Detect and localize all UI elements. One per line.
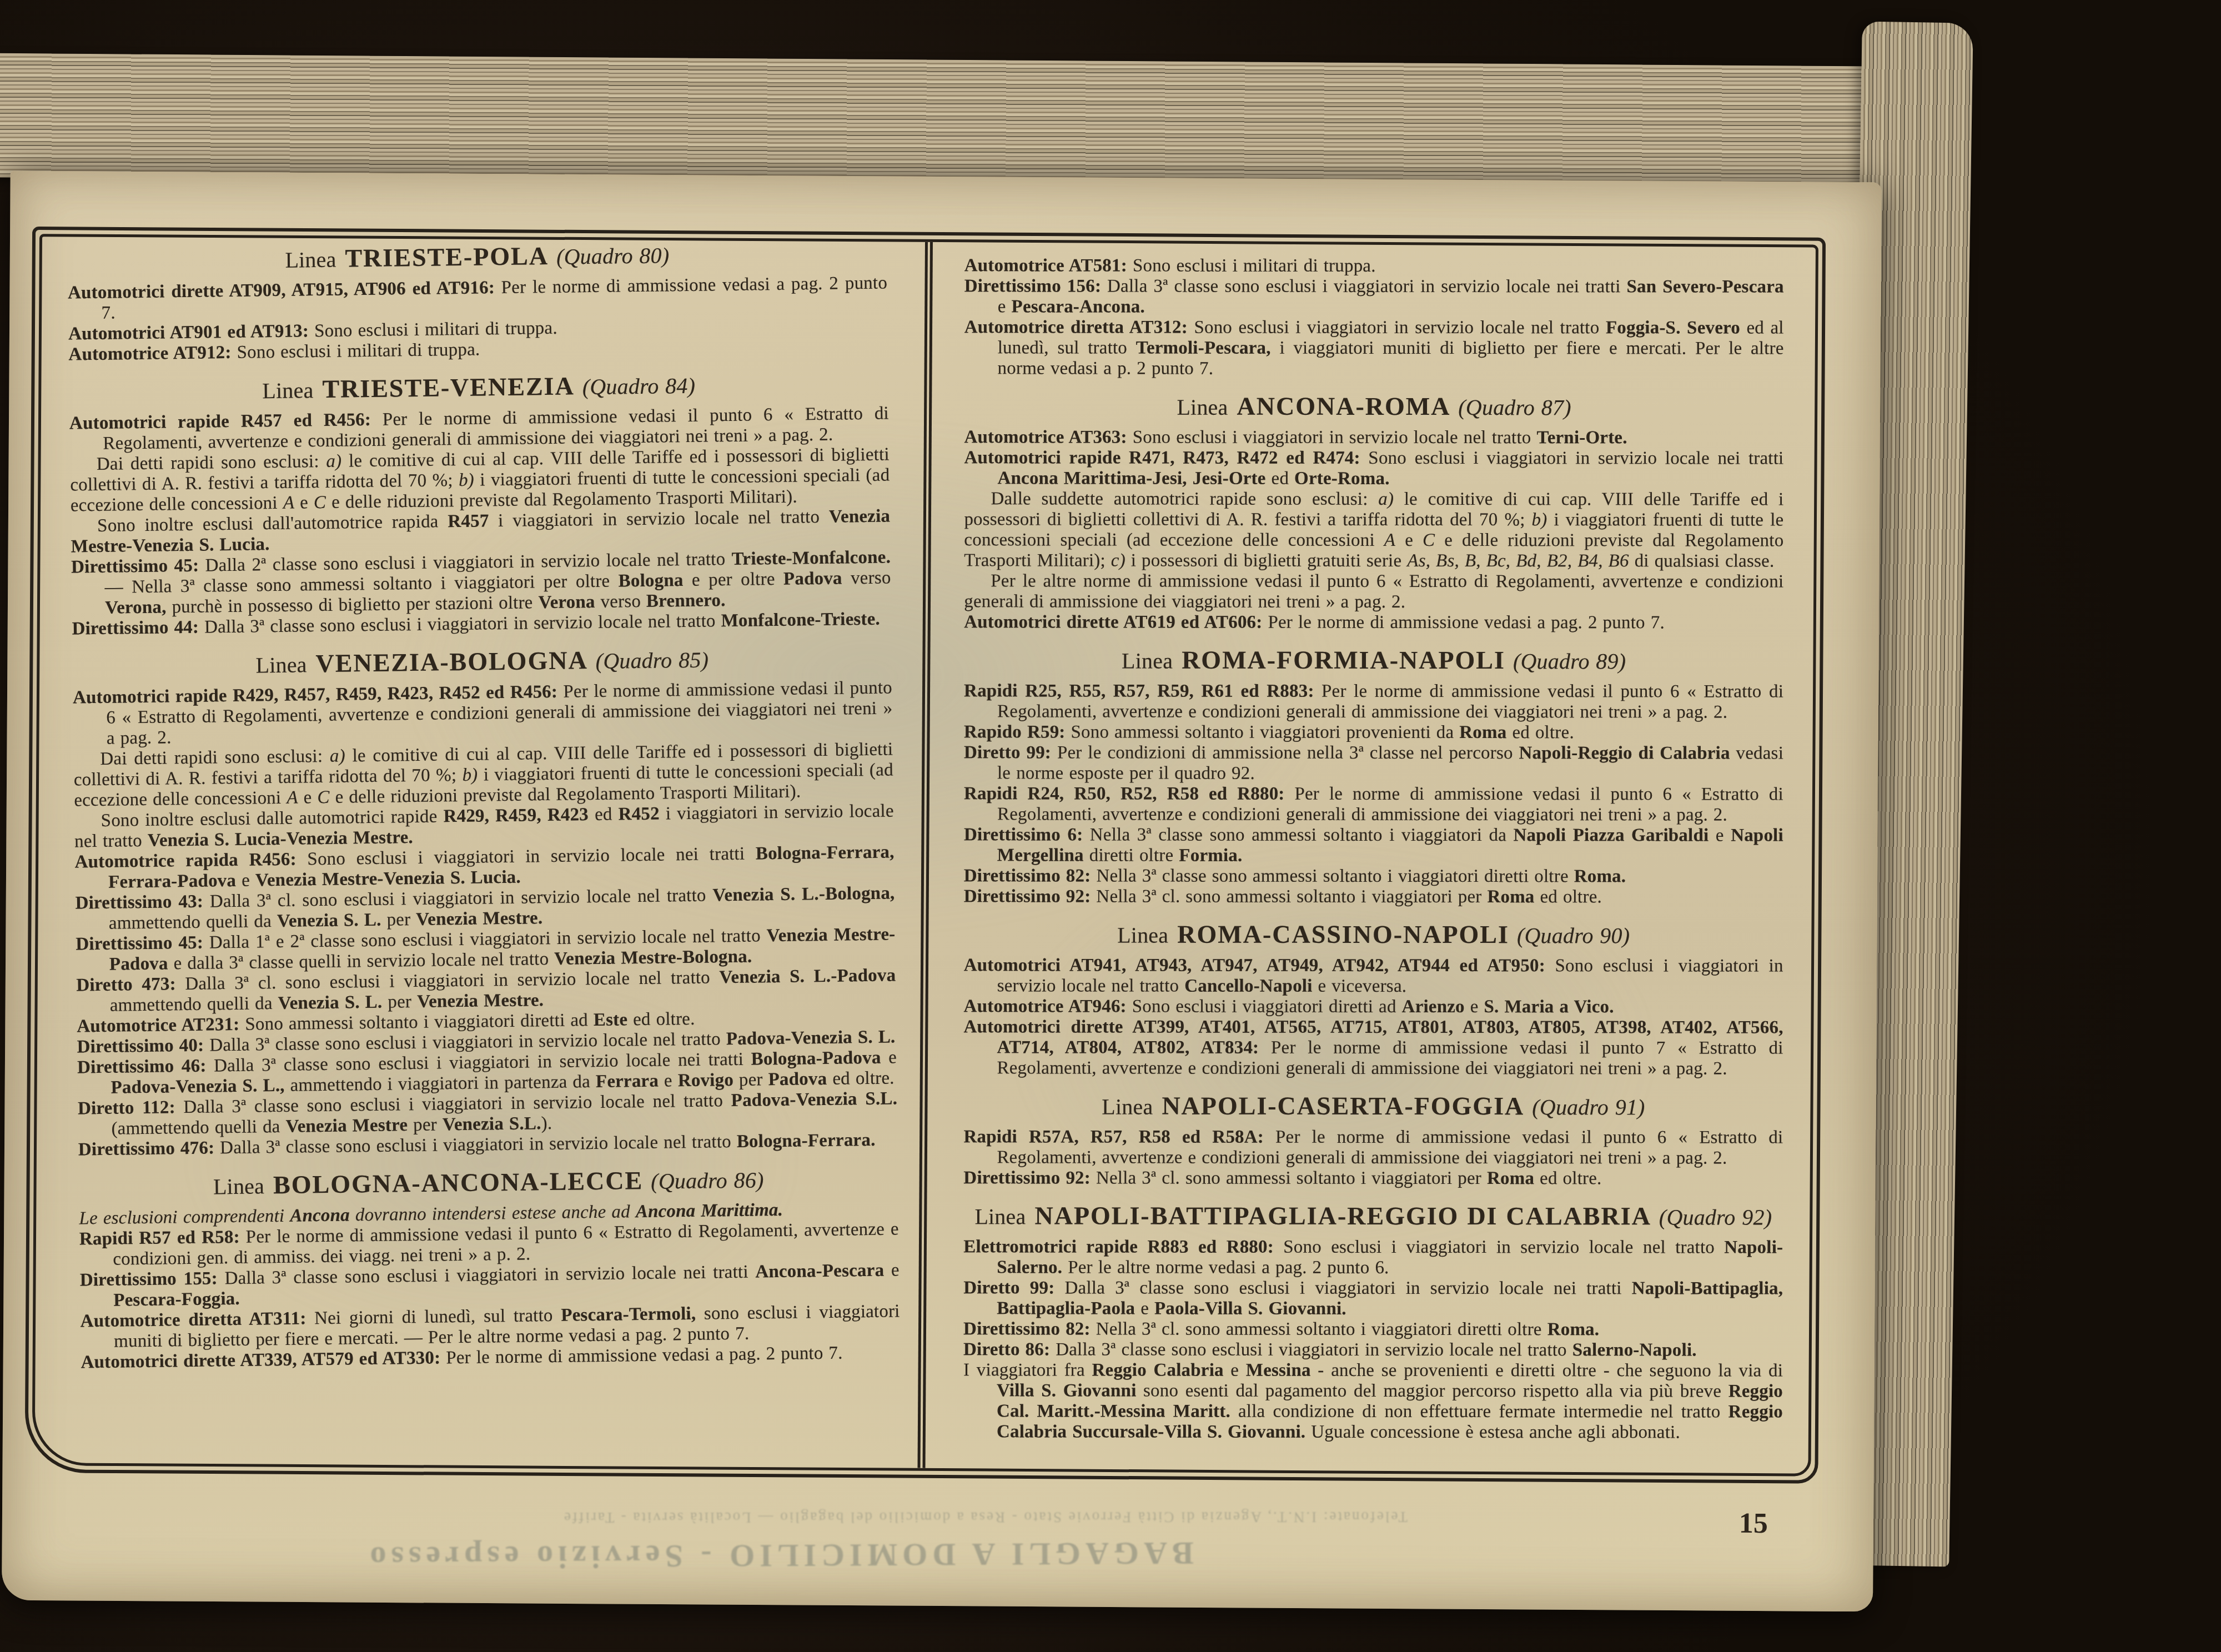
entry-paragraph: Automotrici rapide R471, R473, R472 ed R…	[964, 448, 1783, 489]
text-run: Nella 3ª classe sono ammessi soltanto i …	[1096, 866, 1574, 886]
text-run: Automotrice diretta AT311:	[81, 1308, 315, 1331]
text-run: ammettendo quelli da	[110, 993, 278, 1016]
text-run: Rovigo	[678, 1070, 734, 1091]
text-run: i viaggiatori in servizio locale nel tra…	[489, 507, 829, 531]
entry-paragraph: Automotrici AT941, AT943, AT947, AT949, …	[964, 955, 1783, 997]
text-run: Direttissimo 46:	[77, 1056, 214, 1077]
text-run: Cancello-Napoli	[1184, 976, 1312, 996]
text-run: Automotrice AT912:	[68, 343, 237, 365]
text-run: Sono esclusi i viaggiatori diretti ad	[1132, 997, 1402, 1017]
right-column: Automotrice AT581: Sono esclusi i milita…	[926, 242, 1816, 1474]
entry-paragraph: Direttissimo 6: Nella 3ª classe sono amm…	[964, 825, 1783, 866]
text-run: Per le norme di ammissione vedasi a pag.…	[1268, 612, 1664, 633]
text-run: Orte-Roma.	[1294, 469, 1390, 489]
text-run: sono esenti dal pagamento del maggior pe…	[1136, 1381, 1728, 1402]
text-run: S. Maria a Vico.	[1484, 997, 1614, 1017]
text-run: Este	[594, 1010, 628, 1030]
entry-paragraph: I viaggiatori fra Reggio Calabria e Mess…	[963, 1360, 1783, 1443]
text-run: Padova-Venezia S.L.	[731, 1088, 897, 1111]
text-run: A	[287, 788, 298, 808]
left-column-content: LineaTRIESTE-POLA(Quadro 80)Automotrici …	[67, 242, 901, 1373]
text-run: Sono esclusi i militari di truppa.	[237, 339, 480, 362]
text-run: Sono esclusi i viaggiatori in servizio l…	[1283, 1237, 1724, 1258]
text-run: Dalla 3ª classe sono esclusi i viaggiato…	[1065, 1278, 1632, 1298]
text-run: Padova	[783, 569, 842, 589]
text-run: Rapido R59:	[964, 722, 1071, 742]
text-run: ed oltre.	[827, 1068, 895, 1088]
frame-inner-border: LineaTRIESTE-POLA(Quadro 80)Automotrici …	[32, 234, 1818, 1477]
text-run: (ammettendo quelli da	[111, 1117, 285, 1139]
text-run: ).	[541, 1113, 552, 1133]
text-run: c)	[1111, 551, 1125, 571]
book-page: LineaTRIESTE-POLA(Quadro 80)Automotrici …	[2, 171, 1882, 1612]
line-heading: LineaTRIESTE-VENEZIA(Quadro 84)	[69, 372, 888, 406]
text-run: Roma	[1459, 722, 1506, 742]
text-run: Bologna-Ferrara.	[737, 1130, 876, 1152]
text-run: a)	[330, 746, 345, 766]
text-run: Nei giorni di lunedì, sul tratto	[314, 1305, 561, 1328]
heading-part: (Quadro 85)	[595, 647, 708, 674]
entry-paragraph: Diretto 86: Dalla 3ª classe sono esclusi…	[963, 1339, 1783, 1360]
text-run: Ancona-Pescara	[755, 1261, 884, 1282]
text-run: Per le altre norme vedasi a pag. 2 punto…	[1062, 1257, 1389, 1278]
heading-part: BOLOGNA-ANCONA-LECCE	[273, 1166, 644, 1199]
text-run: Nella 3ª cl. sono ammessi soltanto i via…	[1096, 886, 1487, 907]
heading-part: Linea	[255, 652, 307, 677]
text-run: Direttissimo 156:	[964, 276, 1107, 296]
indented-paragraph: Dai detti rapidi sono esclusi: a) le com…	[73, 739, 893, 811]
heading-part: ROMA-CASSINO-NAPOLI	[1177, 920, 1509, 949]
line-heading: LineaVENEZIA-BOLOGNA(Quadro 85)	[72, 646, 892, 680]
text-run: Salerno-Napoli.	[1572, 1340, 1697, 1360]
text-run: Sono esclusi i viaggiatori in servizio l…	[1368, 448, 1783, 469]
entry-paragraph: Rapido R59: Sono ammessi soltanto i viag…	[964, 722, 1783, 743]
text-run: Pescara-Termoli,	[561, 1304, 696, 1325]
text-run: Direttissimo 43:	[75, 892, 210, 913]
text-run: Villa S. Giovanni	[997, 1380, 1137, 1400]
showthrough-smallprint: Telefonate: I.N.T., Agenzia di Città Fer…	[291, 1508, 1679, 1526]
entry-paragraph: Direttissimo 156: Dalla 3ª classe sono e…	[964, 276, 1784, 318]
text-run: Venezia S. L.-Padova	[719, 965, 896, 987]
text-run: verso	[842, 568, 891, 588]
heading-part: (Quadro 80)	[556, 243, 670, 269]
text-run: Paola-Villa S. Giovanni.	[1154, 1299, 1346, 1319]
text-run: Terni-Orte.	[1536, 428, 1627, 448]
text-run: Sono esclusi i viaggiatori in servizio l…	[1194, 318, 1606, 338]
text-run: Diretto 99:	[964, 742, 1057, 762]
text-run: ed oltre.	[1534, 1168, 1601, 1188]
text-run: Venezia Mestre.	[417, 990, 544, 1012]
text-run: Padova-Venezia S. L.	[726, 1027, 896, 1049]
heading-part: Linea	[974, 1204, 1026, 1229]
text-run: Dai detti rapidi sono esclusi:	[97, 451, 326, 474]
text-run: e	[298, 787, 317, 807]
entry-paragraph: Direttissimo 82: Nella 3ª cl. sono ammes…	[963, 1319, 1783, 1340]
entry-paragraph: Automotrice diretta AT312: Sono esclusi …	[964, 317, 1784, 379]
text-run: Direttissimo 6:	[964, 825, 1090, 845]
heading-part: TRIESTE-POLA	[345, 242, 549, 272]
text-run: Sono ammessi soltanto i viaggiatori dire…	[245, 1010, 594, 1035]
heading-part: Linea	[213, 1173, 265, 1199]
entry-paragraph: Automotrice AT581: Sono esclusi i milita…	[964, 255, 1784, 277]
text-run: Rapidi R24, R50, R52, R58 ed R880:	[964, 784, 1294, 804]
text-run: Roma	[1487, 1168, 1534, 1188]
text-run: Formia.	[1179, 846, 1242, 866]
heading-part: (Quadro 87)	[1458, 395, 1571, 420]
text-run: Venezia Mestre	[285, 1115, 408, 1137]
text-run: e	[294, 493, 314, 513]
text-run: I viaggiatori fra	[963, 1360, 1092, 1380]
line-heading: LineaROMA-FORMIA-NAPOLI(Quadro 89)	[964, 649, 1783, 674]
text-run: Automotrici AT941, AT943, AT947, AT949, …	[964, 955, 1555, 976]
text-run: Sono esclusi i militari di truppa.	[314, 318, 557, 341]
text-run: Direttissimo 82:	[963, 1319, 1096, 1339]
text-run: Rapidi R57A, R57, R58 ed R58A:	[963, 1127, 1275, 1147]
text-run: Bologna	[618, 570, 683, 591]
entry-paragraph: Direttissimo 92: Nella 3ª cl. sono ammes…	[964, 886, 1783, 907]
line-heading: LineaBOLOGNA-ANCONA-LECCE(Quadro 86)	[79, 1167, 898, 1201]
text-run: Pescara-Ancona.	[1012, 297, 1145, 317]
text-run: Automotrice diretta AT312:	[964, 317, 1194, 337]
heading-part: (Quadro 86)	[651, 1167, 764, 1193]
text-run: Dalle suddette automotrici rapide sono e…	[991, 489, 1378, 509]
text-run: Direttissimo 45:	[76, 933, 209, 955]
text-run: Venezia Mestre-Venezia S. Lucia.	[255, 867, 521, 891]
showthrough-banner: BAGAGLI A DOMICILIO - Servizio espresso	[168, 1534, 1390, 1578]
text-run: b)	[459, 470, 474, 490]
text-run: diretti oltre	[1084, 845, 1179, 865]
heading-part: ANCONA-ROMA	[1237, 392, 1451, 420]
entry-paragraph: Elettromotrici rapide R883 ed R880: Sono…	[963, 1237, 1783, 1278]
text-run: Automotrici rapide R471, R473, R472 ed R…	[964, 448, 1368, 468]
entry-paragraph: Rapidi R57A, R57, R58 ed R58A: Per le no…	[963, 1127, 1783, 1168]
text-run: Verona	[538, 592, 595, 612]
page-number: 15	[1739, 1507, 1768, 1540]
line-heading: LineaANCONA-ROMA(Quadro 87)	[964, 395, 1784, 420]
text-run: Direttissimo 44:	[72, 617, 204, 639]
two-column-layout: LineaTRIESTE-POLA(Quadro 80)Automotrici …	[35, 237, 1816, 1473]
text-run: verso	[595, 591, 646, 612]
text-run: Le esclusioni comprendenti	[79, 1206, 290, 1229]
heading-part: Linea	[285, 247, 336, 273]
text-run: Venezia S. L.	[277, 910, 381, 931]
text-run: Venezia S.L.	[443, 1113, 541, 1134]
text-run: C	[1423, 530, 1435, 550]
entry-paragraph: Automotrice AT946: Sono esclusi i viaggi…	[964, 996, 1783, 1017]
text-run: ed	[589, 805, 619, 825]
text-run: Sono esclusi i viaggiatori in servizio l…	[1133, 428, 1537, 448]
indented-paragraph: Per le altre norme di ammissione vedasi …	[964, 571, 1783, 612]
heading-part: Linea	[1102, 1094, 1153, 1119]
text-run: Termoli-Pescara,	[1136, 338, 1271, 358]
text-run: Dai detti rapidi sono esclusi:	[100, 746, 330, 769]
text-run: R429, R459, R423	[443, 805, 589, 826]
text-run: e	[659, 1071, 678, 1091]
text-run: Sono inoltre esclusi dall'automotrice ra…	[97, 511, 448, 536]
text-run: Automotrici AT901 ed AT913:	[68, 321, 314, 344]
heading-part: Linea	[262, 378, 314, 403]
text-run: Sono ammessi soltanto i viaggiatori prov…	[1071, 722, 1459, 742]
text-run: Elettromotrici rapide R883 ed R880:	[963, 1237, 1283, 1257]
text-run: e per oltre	[683, 569, 783, 590]
entry-paragraph: Direttissimo 82: Nella 3ª classe sono am…	[964, 866, 1783, 887]
heading-part: (Quadro 91)	[1532, 1094, 1645, 1119]
heading-part: Linea	[1177, 395, 1228, 420]
text-run: a)	[1378, 489, 1394, 509]
text-run: Ancona	[290, 1205, 350, 1226]
text-run: Automotrici dirette AT339, AT579 ed AT33…	[81, 1348, 446, 1372]
entry-paragraph: Automotrici rapide R429, R457, R459, R42…	[73, 677, 893, 749]
heading-part: (Quadro 84)	[582, 373, 696, 399]
text-run: b)	[1532, 510, 1547, 530]
text-run: Diretto 112:	[78, 1097, 184, 1118]
text-run: Padova	[768, 1069, 827, 1089]
text-run: Ancona Marittima.	[636, 1200, 783, 1222]
text-run: Ancona Marittima-Jesi, Jesi-Orte	[997, 468, 1265, 488]
text-run: Direttissimo 92:	[964, 886, 1097, 906]
text-run: ed oltre.	[1535, 887, 1602, 907]
text-run: per	[381, 910, 416, 930]
text-run: per	[408, 1114, 443, 1135]
entry-paragraph: Rapidi R24, R50, R52, R58 ed R880: Per l…	[964, 784, 1783, 825]
text-run: Brennero.	[646, 590, 726, 611]
text-run: e	[236, 871, 255, 891]
text-run: Reggio Calabria	[1092, 1360, 1223, 1380]
text-run: Automotrici rapide R457 ed R456:	[69, 410, 383, 434]
printed-frame: LineaTRIESTE-POLA(Quadro 80)Automotrici …	[24, 227, 1826, 1484]
text-run: Rapidi R57 ed R58:	[79, 1227, 246, 1249]
text-run: Automotrice rapida R456:	[74, 849, 307, 872]
text-run: i possessori di biglietti gratuiti serie	[1125, 551, 1407, 571]
heading-part: ROMA-FORMIA-NAPOLI	[1182, 646, 1505, 675]
text-run: e	[884, 1260, 900, 1280]
text-run: Rapidi R25, R55, R57, R59, R61 ed R883:	[964, 681, 1321, 701]
text-run: ed oltre.	[1506, 722, 1574, 742]
text-run: A	[1384, 530, 1395, 550]
text-run: ammettendo quelli da	[109, 911, 277, 933]
text-run: Automotrice AT231:	[77, 1015, 245, 1037]
text-run: Diretto 99:	[963, 1278, 1064, 1298]
text-run: Diretto 473:	[76, 974, 185, 995]
text-run: Trieste-Monfalcone.	[731, 547, 891, 569]
line-heading: LineaROMA-CASSINO-NAPOLI(Quadro 90)	[964, 923, 1783, 948]
text-run: per	[733, 1069, 768, 1090]
entry-paragraph: Direttissimo 45: Dalla 2ª classe sono es…	[71, 547, 891, 619]
text-run: e	[1465, 997, 1484, 1017]
text-run: Direttissimo 45:	[71, 556, 205, 578]
entry-paragraph: Rapidi R25, R55, R57, R59, R61 ed R883: …	[964, 681, 1783, 722]
text-run: Ferrara	[596, 1071, 659, 1092]
text-run: C	[314, 493, 326, 513]
text-run: Padova-Venezia S. L.,	[110, 1076, 285, 1098]
heading-part: NAPOLI-BATTIPAGLIA-REGGIO DI CALABRIA	[1034, 1201, 1651, 1230]
text-run: Roma.	[1574, 866, 1626, 886]
heading-part: (Quadro 90)	[1517, 923, 1630, 948]
text-run: Direttissimo 476:	[78, 1138, 220, 1159]
text-run: Roma.	[1547, 1319, 1600, 1339]
heading-part: (Quadro 89)	[1513, 649, 1626, 674]
text-run: - anche se provenienti e diretti oltre -…	[1311, 1360, 1783, 1381]
indented-paragraph: Dai detti rapidi sono esclusi: a) le com…	[70, 445, 890, 516]
text-run: Venezia S. L.	[278, 992, 382, 1013]
text-run: Direttissimo 92:	[963, 1168, 1096, 1188]
text-run: e	[998, 297, 1012, 317]
line-heading: LineaTRIESTE-POLA(Quadro 80)	[67, 242, 887, 275]
indented-paragraph: Dalle suddette automotrici rapide sono e…	[964, 489, 1783, 571]
text-run: R457	[448, 511, 489, 531]
text-run: Diretto 86:	[963, 1339, 1056, 1359]
text-run: Automotrice AT946:	[964, 996, 1132, 1016]
text-run: Nella 3ª cl. sono ammessi soltanto i via…	[1096, 1319, 1547, 1339]
text-run: Direttissimo 82:	[964, 866, 1097, 886]
entry-paragraph: Diretto 99: Per le condizioni di ammissi…	[964, 742, 1783, 784]
text-run: Sono inoltre esclusi dalle automotrici r…	[101, 806, 444, 831]
text-run: San Severo-Pescara	[1627, 277, 1784, 297]
text-run: Direttissimo 40:	[77, 1036, 209, 1057]
text-run: Uguale concessione è estesa anche agli a…	[1305, 1422, 1680, 1443]
text-run: Foggia-S. Severo	[1606, 318, 1740, 338]
text-run: per	[382, 992, 417, 1012]
text-run: Pescara-Foggia.	[113, 1289, 240, 1310]
text-run: e	[881, 1047, 897, 1067]
text-run: ammettendo i viaggiatori in partenza da	[284, 1072, 596, 1096]
text-run: Arienzo	[1402, 997, 1465, 1017]
text-run: ed	[1266, 469, 1294, 489]
text-run: Nella 3ª cl. sono ammessi soltanto i via…	[1096, 1168, 1487, 1188]
text-run: Sono esclusi i militari di truppa.	[1133, 256, 1376, 276]
text-run: Roma	[1487, 887, 1534, 907]
text-run: Messina	[1246, 1360, 1311, 1380]
text-run: Per le condizioni di ammissione nella 3ª…	[1057, 742, 1519, 763]
text-run: alla condizione di non effettuare fermat…	[1230, 1402, 1728, 1422]
text-run: dovranno intendersi estese anche ad	[350, 1202, 636, 1225]
entry-paragraph: Automotrici dirette AT619 ed AT606: Per …	[964, 612, 1783, 633]
heading-part: Linea	[1122, 649, 1173, 674]
heading-part: Linea	[1117, 923, 1168, 948]
text-run: Dalla 3ª classe sono esclusi i viaggiato…	[1056, 1339, 1572, 1360]
text-run: Monfalcone-Trieste.	[721, 609, 880, 631]
text-run: Bologna-Padova	[751, 1048, 881, 1069]
text-run: Venezia S. L.-Bologna,	[712, 883, 895, 905]
entry-paragraph: Direttissimo 92: Nella 3ª cl. sono ammes…	[963, 1168, 1783, 1189]
heading-part: NAPOLI-CASERTA-FOGGIA	[1162, 1092, 1524, 1121]
text-run: As, Bs, B, Bc, Bd, B2, B4, B6	[1407, 551, 1629, 571]
text-run: A	[283, 493, 295, 513]
text-run: Per le norme di ammissione vedasi a pag.…	[446, 1343, 843, 1368]
text-run: a)	[326, 451, 341, 471]
text-run: Verona,	[105, 597, 167, 617]
text-run: e	[1709, 825, 1731, 845]
text-run: Automotrice AT363:	[964, 427, 1133, 447]
text-run: Dalla 3ª classe sono esclusi i viaggiato…	[1107, 277, 1627, 297]
top-page-edges	[0, 53, 1944, 192]
entry-paragraph: Automotrici dirette AT399, AT401, AT565,…	[964, 1017, 1783, 1079]
left-column: LineaTRIESTE-POLA(Quadro 80)Automotrici …	[35, 237, 925, 1468]
text-run: b)	[462, 765, 478, 785]
text-run: Automotrici dirette AT909, AT915, AT906 …	[68, 278, 501, 303]
heading-part: (Quadro 92)	[1659, 1204, 1772, 1229]
text-run: di qualsiasi classe.	[1629, 551, 1775, 571]
text-run: Venezia Mestre-Bologna.	[554, 947, 752, 969]
text-run: e	[1135, 1299, 1154, 1319]
text-run: Automotrice AT581:	[964, 255, 1133, 275]
text-run: Napoli-Reggio di Calabria	[1519, 743, 1730, 763]
heading-part: TRIESTE-VENEZIA	[322, 371, 575, 403]
text-run: e	[1395, 530, 1423, 550]
text-run: e	[1224, 1360, 1246, 1380]
right-column-content: Automotrice AT581: Sono esclusi i milita…	[963, 255, 1784, 1443]
text-run: ed oltre.	[627, 1009, 695, 1030]
text-run: Napoli Piazza Garibaldi	[1514, 825, 1709, 845]
text-run: Venezia S. Lucia-Venezia Mestre.	[148, 827, 413, 851]
text-run: R452	[618, 804, 660, 825]
line-heading: LineaNAPOLI-CASERTA-FOGGIA(Quadro 91)	[963, 1095, 1783, 1119]
text-run: Direttissimo 155:	[80, 1268, 225, 1290]
text-run: Nella 3ª classe sono ammessi soltanto i …	[1090, 825, 1514, 845]
text-run: Venezia Mestre.	[416, 908, 543, 930]
text-run: Per le altre norme di ammissione vedasi …	[964, 571, 1783, 612]
entry-paragraph: Automotrice AT363: Sono esclusi i viaggi…	[964, 427, 1784, 448]
entry-paragraph: Diretto 99: Dalla 3ª classe sono esclusi…	[963, 1278, 1783, 1319]
text-run: e viceversa.	[1313, 976, 1407, 996]
heading-part: VENEZIA-BOLOGNA	[315, 646, 588, 677]
line-heading: LineaNAPOLI-BATTIPAGLIA-REGGIO DI CALABR…	[963, 1205, 1783, 1229]
text-run: Automotrici dirette AT619 ed AT606:	[964, 612, 1268, 632]
text-run: C	[317, 787, 330, 807]
